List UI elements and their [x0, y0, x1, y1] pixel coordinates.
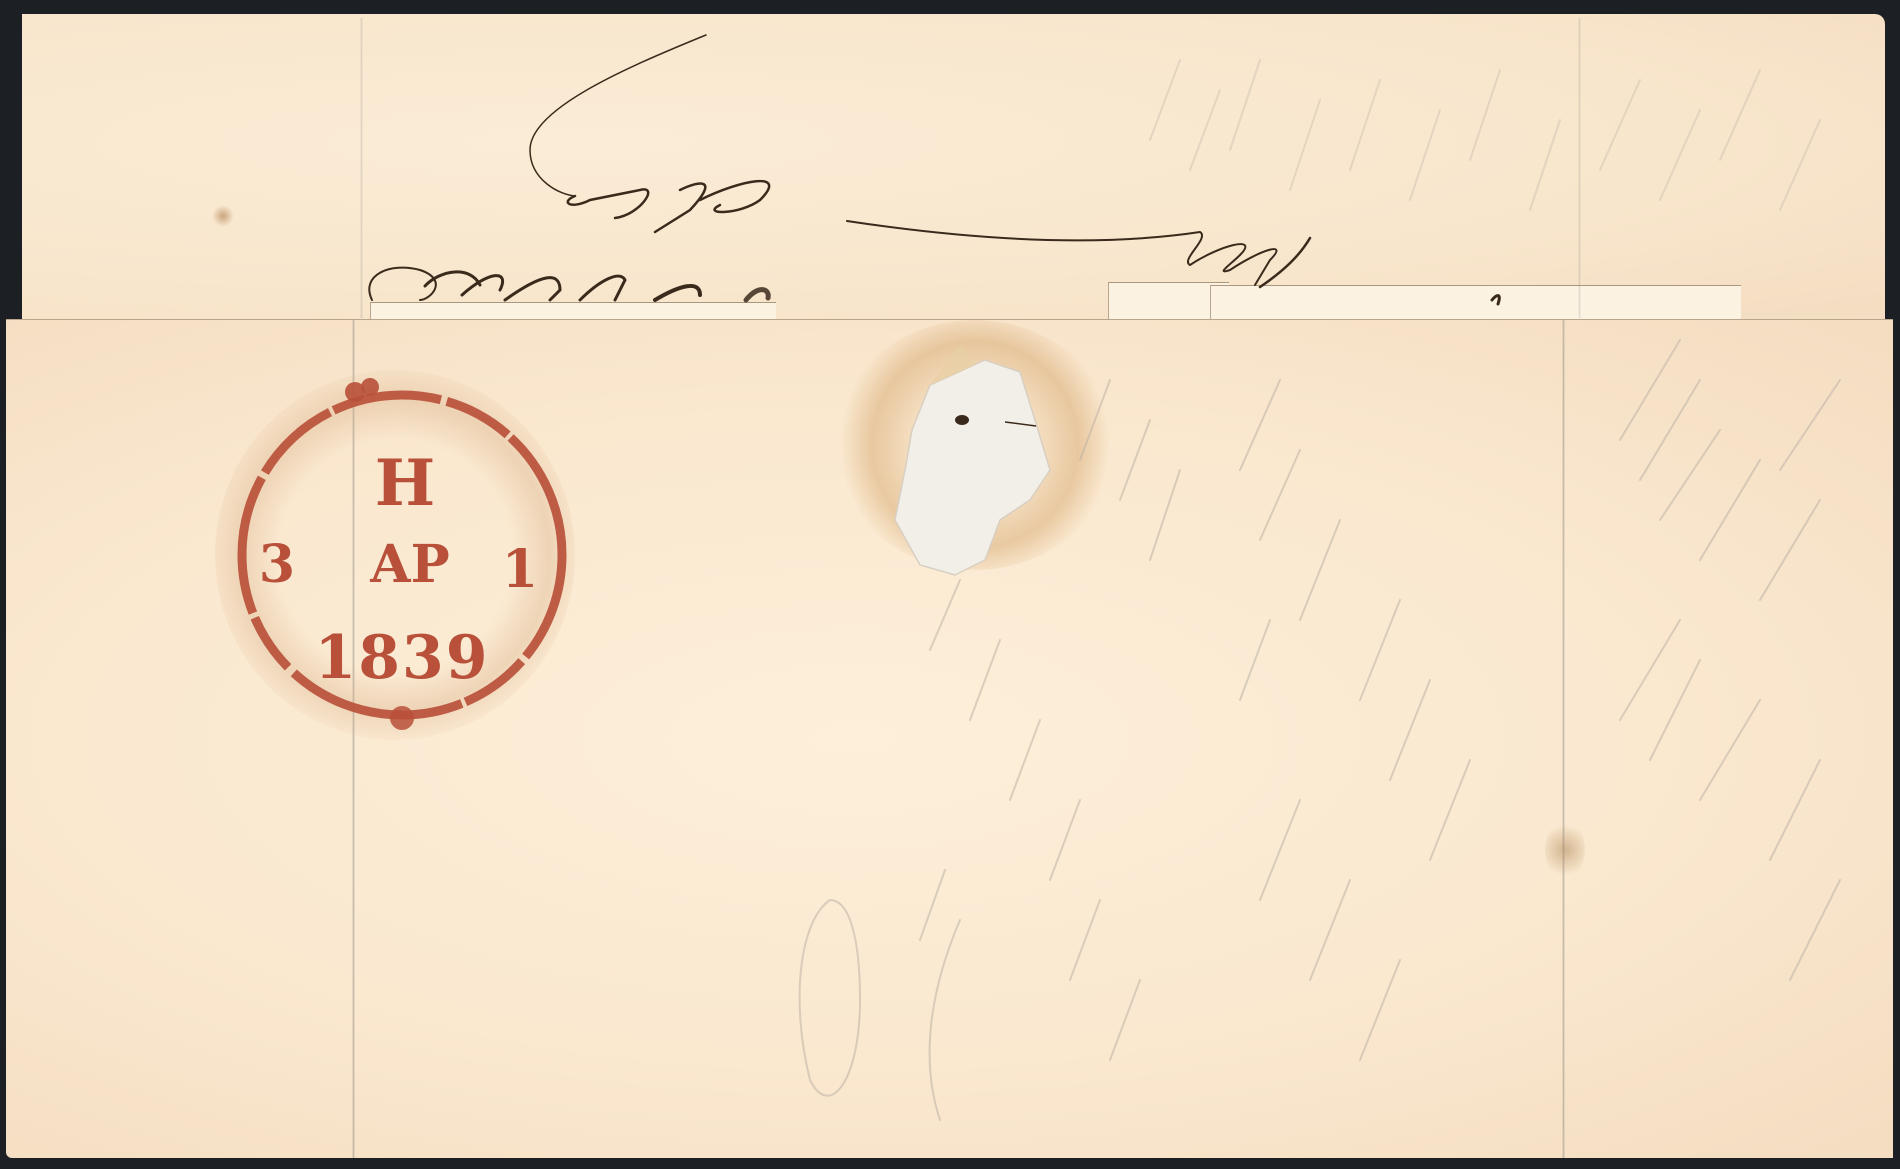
- manuscript-ink: [369, 35, 1499, 304]
- show-through-writing-upper: [1150, 60, 1820, 210]
- postmark-day: 3: [259, 534, 295, 595]
- markings-layer: H 3 AP 1 1839: [0, 0, 1900, 1169]
- postmark-top-letter: H: [375, 446, 435, 521]
- postmark-code: 1: [502, 539, 538, 600]
- seal-tear: [895, 360, 1050, 575]
- letter-sheet: H 3 AP 1 1839: [0, 0, 1900, 1169]
- postmark-month: AP: [369, 534, 449, 595]
- postmark-year: 1839: [315, 623, 490, 693]
- postmark: H 3 AP 1 1839: [242, 378, 562, 730]
